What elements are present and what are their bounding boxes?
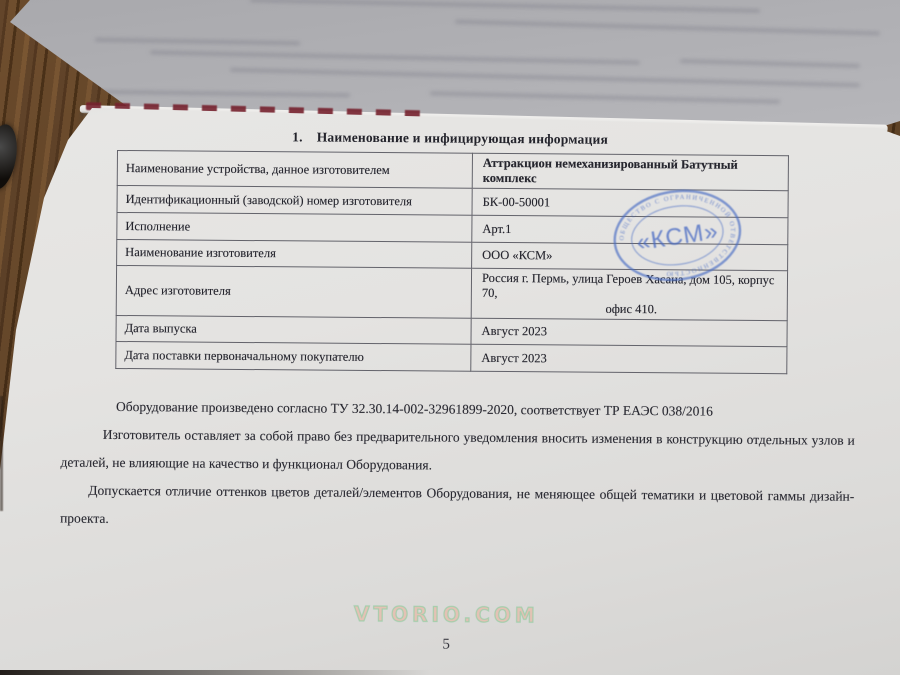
stamp-center-text: «КСМ»: [635, 217, 721, 256]
page-left-edge-shadow: [0, 396, 3, 511]
photo-bottom-shadow: [0, 670, 430, 675]
watermark-text: VTORIO.COM: [0, 599, 896, 630]
row-label: Дата выпуска: [116, 315, 471, 344]
row-label: Наименование изготовителя: [117, 239, 472, 268]
page-number: 5: [0, 633, 896, 657]
paragraph-manufacturer-rights: Изготовитель оставляет за собой право бе…: [60, 421, 854, 483]
row-label: Адрес изготовителя: [116, 265, 471, 318]
row-label: Идентификационный (заводской) номер изго…: [117, 185, 472, 215]
row-value: Август 2023: [471, 318, 787, 346]
paragraph-color-variation: Допускается отличие оттенков цветов дета…: [60, 477, 854, 539]
table-row: Дата поставки первоначальному покупателю…: [116, 341, 787, 373]
address-line-2: офис 410.: [482, 301, 781, 318]
row-label: Дата поставки первоначальному покупателю: [116, 341, 471, 371]
section-title-text: Наименование и инфицирующая информация: [317, 130, 608, 147]
section-number: 1.: [292, 129, 303, 144]
row-label: Исполнение: [117, 212, 472, 242]
row-value: Август 2023: [471, 344, 787, 373]
page-content: 1.Наименование и инфицирующая информация…: [0, 0, 900, 675]
row-label: Наименование устройства, данное изготови…: [117, 150, 472, 188]
photo-of-document: 1.Наименование и инфицирующая информация…: [0, 0, 900, 675]
section-title: 1.Наименование и инфицирующая информация: [0, 127, 900, 150]
body-text: Оборудование произведено согласно ТУ 32.…: [60, 393, 855, 539]
